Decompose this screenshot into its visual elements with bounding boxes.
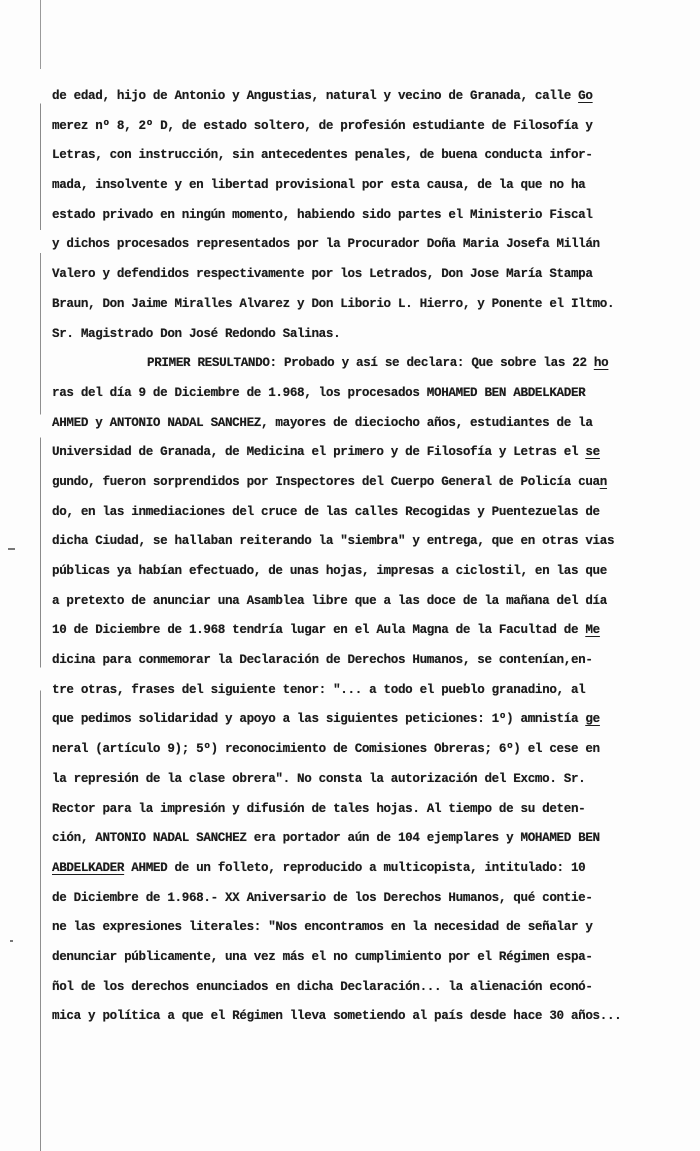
text-line: Braun, Don Jaime Miralles Alvarez y Don …	[52, 290, 692, 320]
line-text: ción, ANTONIO NADAL SANCHEZ era portador…	[52, 831, 600, 845]
text-line: tre otras, frases del siguiente tenor: "…	[52, 676, 692, 706]
line-text: AHMED y ANTONIO NADAL SANCHEZ, mayores d…	[52, 416, 593, 430]
underlined-syllable: Go	[578, 89, 592, 103]
stray-mark	[10, 940, 13, 942]
line-text: PRIMER RESULTANDO: Probado y así se decl…	[147, 356, 594, 370]
text-line: gundo, fueron sorprendidos por Inspector…	[52, 468, 692, 498]
text-line: merez nº 8, 2º D, de estado soltero, de …	[52, 112, 692, 142]
line-text: ras del día 9 de Diciembre de 1.968, los…	[52, 386, 585, 400]
line-text: AHMED de un folleto, reproducido a multi…	[124, 861, 585, 875]
line-text: 10 de Diciembre de 1.968 tendría lugar e…	[52, 623, 585, 637]
text-line: de edad, hijo de Antonio y Angustias, na…	[52, 82, 692, 112]
line-text: tre otras, frases del siguiente tenor: "…	[52, 683, 585, 697]
line-text: a pretexto de anunciar una Asamblea libr…	[52, 594, 607, 608]
line-text: neral (artículo 9); 5º) reconocimiento d…	[52, 742, 600, 756]
line-text: mica y política a que el Régimen lleva s…	[52, 1009, 621, 1023]
text-line: mada, insolvente y en libertad provision…	[52, 171, 692, 201]
text-line: Rector para la impresión y difusión de t…	[52, 795, 692, 825]
text-line: públicas ya habían efectuado, de unas ho…	[52, 557, 692, 587]
line-text: merez nº 8, 2º D, de estado soltero, de …	[52, 119, 593, 133]
line-text: dicina para conmemorar la Declaración de…	[52, 653, 593, 667]
line-text: de Diciembre de 1.968.- XX Aniversario d…	[52, 891, 593, 905]
text-line: denunciar públicamente, una vez más el n…	[52, 943, 692, 973]
text-line: a pretexto de anunciar una Asamblea libr…	[52, 587, 692, 617]
document-page: de edad, hijo de Antonio y Angustias, na…	[0, 0, 700, 1151]
text-line: ras del día 9 de Diciembre de 1.968, los…	[52, 379, 692, 409]
line-text: Letras, con instrucción, sin antecedente…	[52, 148, 593, 162]
line-text: estado privado en ningún momento, habien…	[52, 208, 593, 222]
underlined-text: ABDELKADER	[52, 861, 124, 875]
text-line: PRIMER RESULTANDO: Probado y así se decl…	[52, 349, 692, 379]
stray-mark	[8, 548, 15, 550]
text-line: AHMED y ANTONIO NADAL SANCHEZ, mayores d…	[52, 409, 692, 439]
underlined-syllable: ge	[585, 712, 599, 726]
text-line: estado privado en ningún momento, habien…	[52, 201, 692, 231]
underlined-syllable: Me	[585, 623, 599, 637]
text-line: dicina para conmemorar la Declaración de…	[52, 646, 692, 676]
text-line: Letras, con instrucción, sin antecedente…	[52, 141, 692, 171]
text-line: ne las expresiones literales: "Nos encon…	[52, 913, 692, 943]
underlined-syllable: n	[600, 475, 607, 489]
line-text: denunciar públicamente, una vez más el n…	[52, 950, 593, 964]
text-line: do, en las inmediaciones del cruce de la…	[52, 498, 692, 528]
line-text: Rector para la impresión y difusión de t…	[52, 802, 585, 816]
line-text: Valero y defendidos respectivamente por …	[52, 267, 593, 281]
text-line: dicha Ciudad, se hallaban reiterando la …	[52, 527, 692, 557]
text-line: y dichos procesados representados por la…	[52, 230, 692, 260]
left-margin-rule	[40, 0, 41, 1151]
line-text: y dichos procesados representados por la…	[52, 237, 600, 251]
line-text: ñol de los derechos enunciados en dicha …	[52, 980, 593, 994]
line-text: dicha Ciudad, se hallaban reiterando la …	[52, 534, 614, 548]
line-text: ne las expresiones literales: "Nos encon…	[52, 920, 593, 934]
text-line: ñol de los derechos enunciados en dicha …	[52, 973, 692, 1003]
text-line: mica y política a que el Régimen lleva s…	[52, 1002, 692, 1032]
text-line: Sr. Magistrado Don José Redondo Salinas.	[52, 320, 692, 350]
text-line: neral (artículo 9); 5º) reconocimiento d…	[52, 735, 692, 765]
underlined-syllable: ho	[594, 356, 608, 370]
line-text: Universidad de Granada, de Medicina el p…	[52, 445, 585, 459]
text-line: la represión de la clase obrera". No con…	[52, 765, 692, 795]
line-text: Braun, Don Jaime Miralles Alvarez y Don …	[52, 297, 614, 311]
line-text: do, en las inmediaciones del cruce de la…	[52, 505, 600, 519]
text-line: 10 de Diciembre de 1.968 tendría lugar e…	[52, 616, 692, 646]
text-line: ción, ANTONIO NADAL SANCHEZ era portador…	[52, 824, 692, 854]
line-text: Sr. Magistrado Don José Redondo Salinas.	[52, 327, 340, 341]
line-text: gundo, fueron sorprendidos por Inspector…	[52, 475, 600, 489]
text-line: que pedimos solidaridad y apoyo a las si…	[52, 705, 692, 735]
typewritten-body-text: de edad, hijo de Antonio y Angustias, na…	[52, 82, 692, 1032]
line-text: públicas ya habían efectuado, de unas ho…	[52, 564, 607, 578]
text-line: Universidad de Granada, de Medicina el p…	[52, 438, 692, 468]
line-text: de edad, hijo de Antonio y Angustias, na…	[52, 89, 578, 103]
text-line: Valero y defendidos respectivamente por …	[52, 260, 692, 290]
text-line: de Diciembre de 1.968.- XX Aniversario d…	[52, 884, 692, 914]
text-line: ABDELKADER AHMED de un folleto, reproduc…	[52, 854, 692, 884]
line-text: mada, insolvente y en libertad provision…	[52, 178, 585, 192]
underlined-syllable: se	[585, 445, 599, 459]
line-text: que pedimos solidaridad y apoyo a las si…	[52, 712, 585, 726]
line-text: la represión de la clase obrera". No con…	[52, 772, 585, 786]
